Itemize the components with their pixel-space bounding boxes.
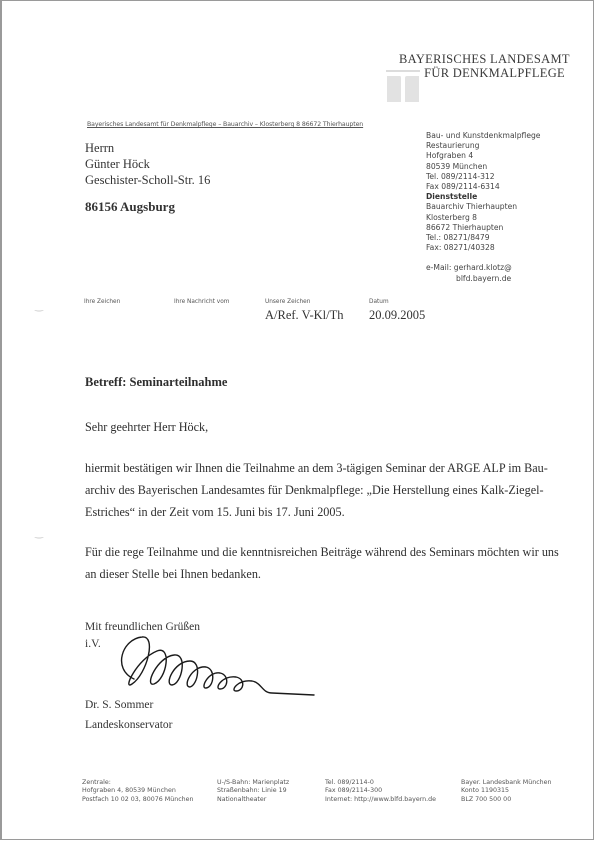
letterhead-title: BAYERISCHES LANDESAMT FÜR DENKMALPFLEGE <box>399 52 565 80</box>
org-name-line2: FÜR DENKMALPFLEGE <box>399 66 565 80</box>
footer-contact: Tel. 089/2114-0 Fax 089/2114-300 Interne… <box>325 779 436 804</box>
info-office-street: Klosterberg 8 <box>426 213 540 223</box>
org-name-line1: BAYERISCHES LANDESAMT <box>399 52 565 66</box>
signer-title: Landeskonservator <box>85 715 173 735</box>
contact-info-column: Bau- und Kunstdenkmalpflege Restaurierun… <box>426 131 540 284</box>
info-department: Bau- und Kunstdenkmalpflege <box>426 131 540 141</box>
recipient-street: Geschister-Scholl-Str. 16 <box>85 172 210 188</box>
recipient-city: 86156 Augsburg <box>85 199 210 215</box>
fold-mark: ‿ <box>35 528 43 539</box>
info-unit: Restaurierung <box>426 141 540 151</box>
date-label: Datum <box>369 299 389 305</box>
info-email-line2: blfd.bayern.de <box>426 274 540 284</box>
recipient-name: Günter Höck <box>85 156 210 172</box>
info-office-fax: Fax: 08271/40328 <box>426 243 540 253</box>
info-tel: Tel. 089/2114-312 <box>426 172 540 182</box>
info-city: 80539 München <box>426 162 540 172</box>
footer-address: Zentrale: Hofgraben 4, 80539 München Pos… <box>82 779 194 804</box>
letter-page: BAYERISCHES LANDESAMT FÜR DENKMALPFLEGE … <box>0 0 594 840</box>
sender-return-address: Bayerisches Landesamt für Denkmalpflege … <box>87 121 363 128</box>
recipient-address: Herrn Günter Höck Geschister-Scholl-Str.… <box>85 140 210 215</box>
info-email-line1: e-Mail: gerhard.klotz@ <box>426 263 540 273</box>
landesamt-logo-icon <box>386 70 420 102</box>
our-ref-label: Unsere Zeichen <box>265 299 310 305</box>
footer-bank: Bayer. Landesbank München Konto 1190315 … <box>461 779 552 804</box>
info-office-city: 86672 Thierhaupten <box>426 223 540 233</box>
fold-mark: ‿ <box>35 301 43 312</box>
your-message-label: Ihre Nachricht vom <box>174 299 229 305</box>
letter-greeting: Sehr geehrter Herr Höck, <box>85 416 208 438</box>
signer-name: Dr. S. Sommer <box>85 695 173 715</box>
recipient-salutation: Herrn <box>85 140 210 156</box>
letter-paragraph-2: Für die rege Teilnahme und die kenntnisr… <box>85 541 555 585</box>
info-office-name: Bauarchiv Thierhaupten <box>426 202 540 212</box>
info-office-label: Dienststelle <box>426 192 540 202</box>
letter-subject: Betreff: Seminarteilnahme <box>85 371 227 393</box>
signer-block: Dr. S. Sommer Landeskonservator <box>85 695 173 735</box>
info-street: Hofgraben 4 <box>426 151 540 161</box>
your-ref-label: Ihre Zeichen <box>84 299 120 305</box>
our-ref-value: A/Ref. V-Kl/Th <box>265 308 343 323</box>
footer-transit: U-/S-Bahn: Marienplatz Straßenbahn: Lini… <box>217 779 289 804</box>
info-fax: Fax 089/2114-6314 <box>426 182 540 192</box>
letter-paragraph-1: hiermit bestätigen wir Ihnen die Teilnah… <box>85 457 555 523</box>
date-value: 20.09.2005 <box>369 308 425 323</box>
info-office-tel: Tel.: 08271/8479 <box>426 233 540 243</box>
